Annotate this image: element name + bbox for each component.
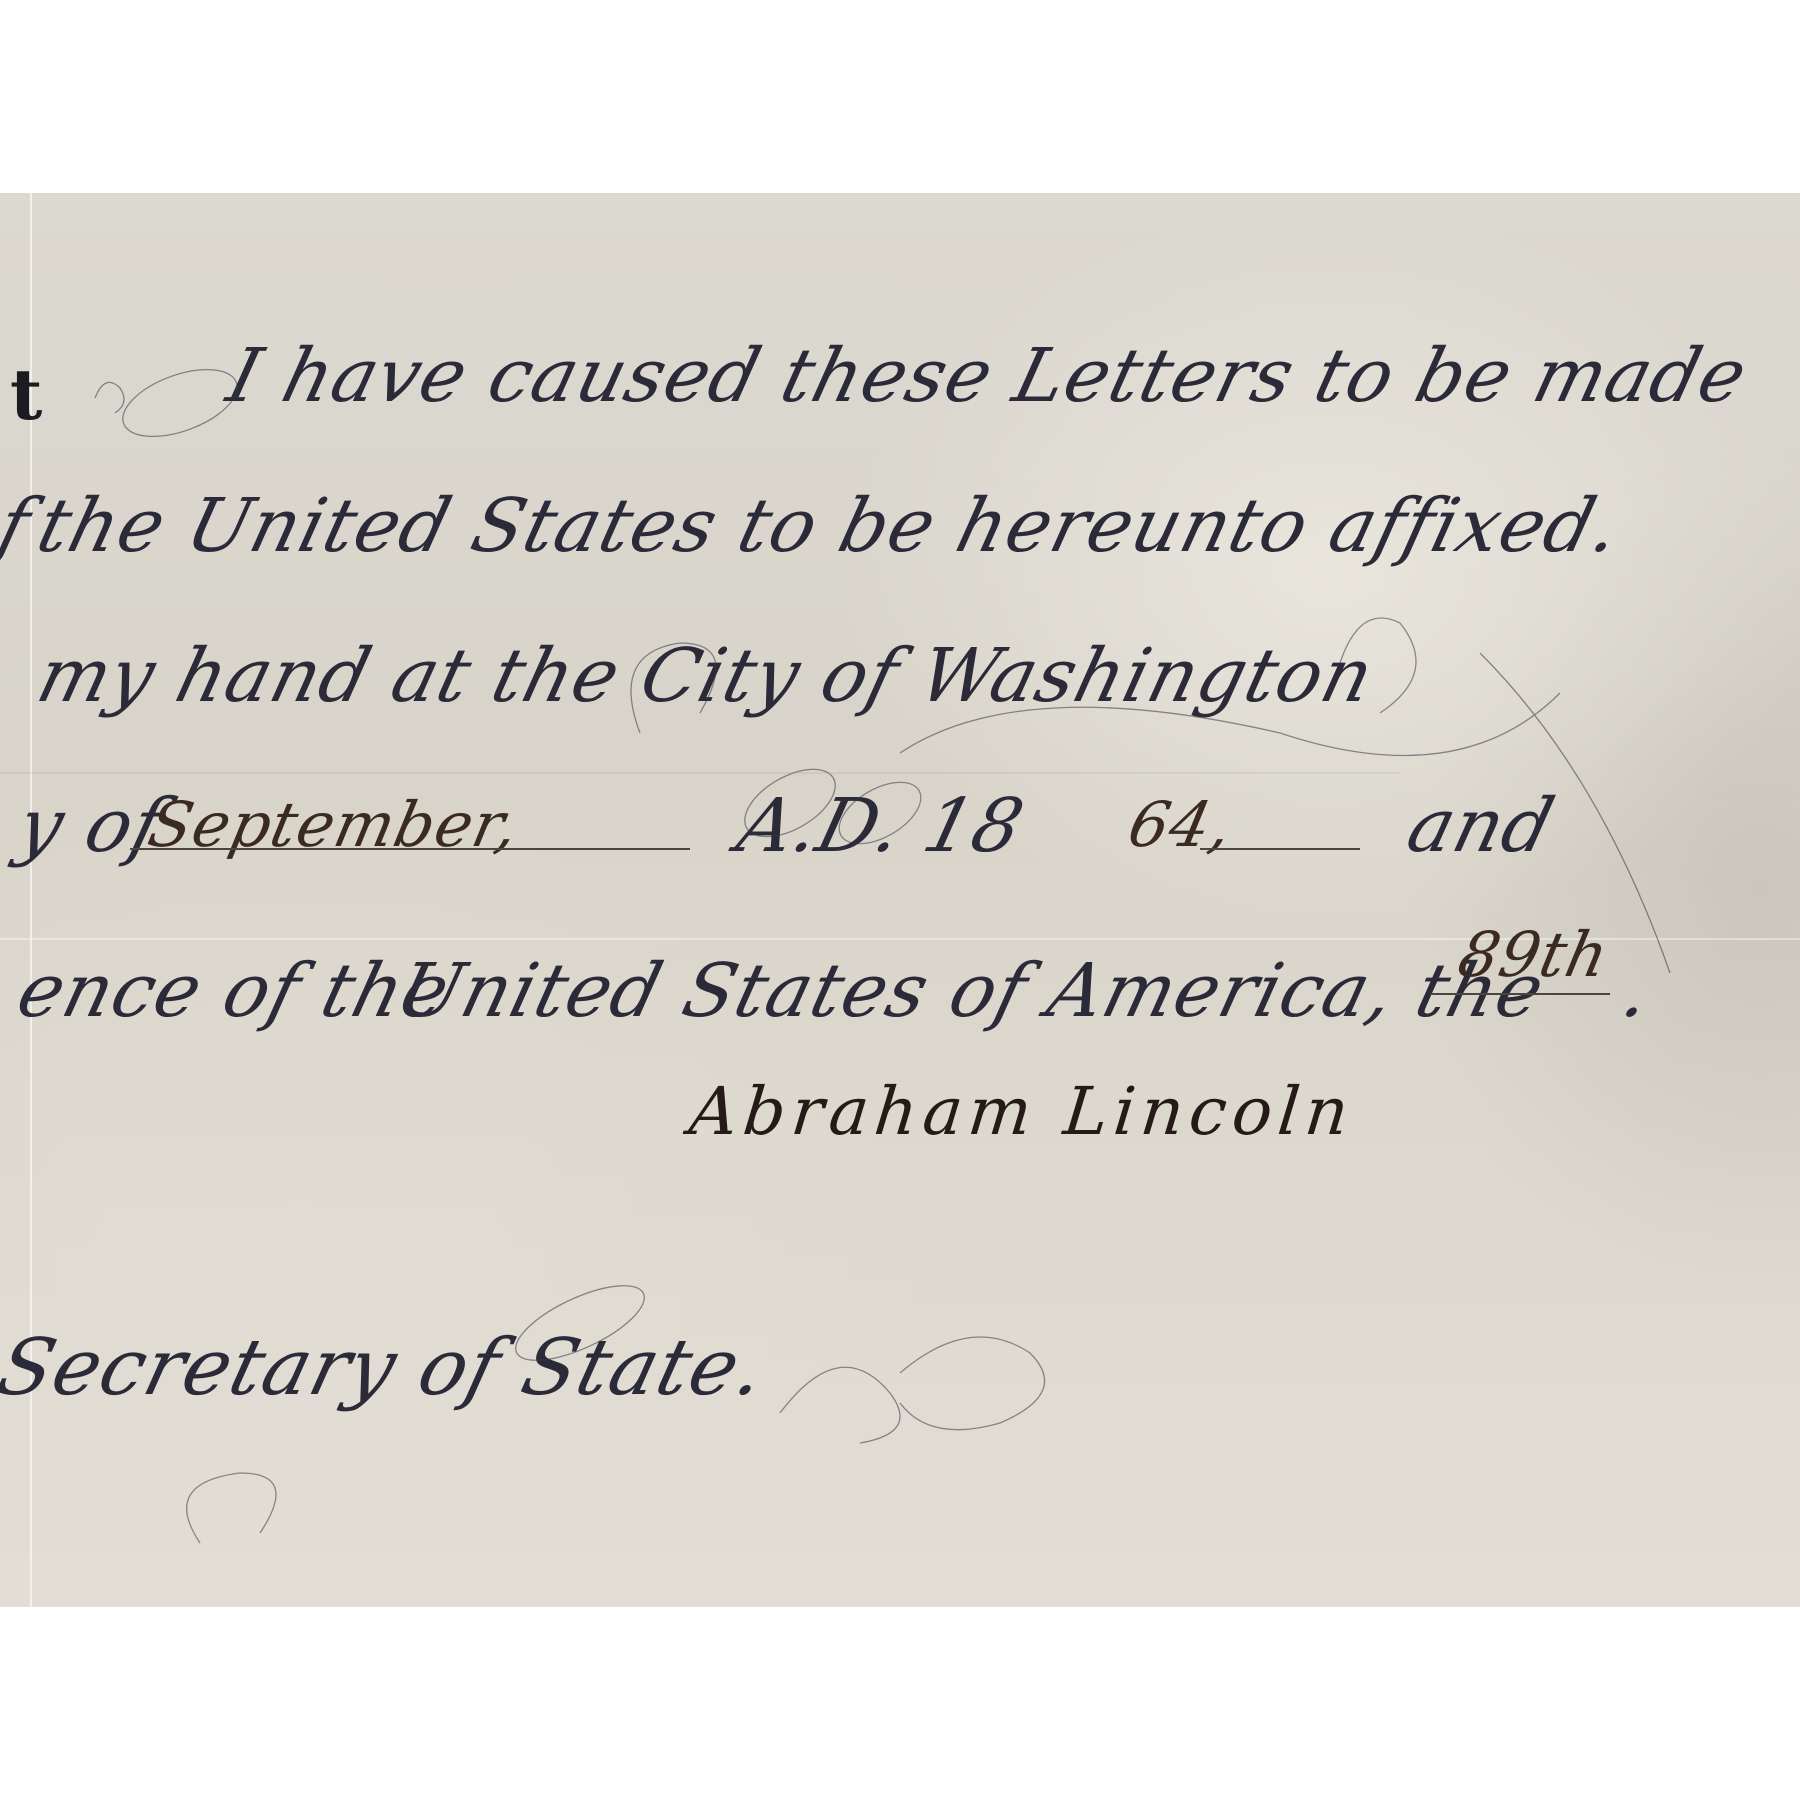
- engraved-line-5: United States of America, the: [389, 948, 1553, 1034]
- year-fill-line: [1200, 848, 1360, 850]
- document-photo: t I have caused these Letters to be made…: [0, 193, 1800, 1607]
- engraved-line-3: my hand at the City of Washington: [29, 633, 1382, 719]
- signature-abraham-lincoln: Abraham Lincoln: [686, 1073, 1358, 1150]
- engraved-secretary-of-state: Secretary of State.: [0, 1323, 775, 1413]
- ordinal-fill-line: [1430, 993, 1610, 995]
- handwritten-year: 64,: [1122, 788, 1239, 861]
- engraved-ad-year: A.D. 18: [729, 783, 1032, 869]
- engraved-line-2: the United States to be hereunto affixed…: [29, 483, 1629, 569]
- engraved-period: .: [1614, 948, 1660, 1034]
- engraved-line-1: I have caused these Letters to be made: [219, 333, 1755, 419]
- engraved-line-5-prefix: ence of the: [9, 948, 458, 1034]
- blackletter-fragment: t: [10, 353, 43, 436]
- engraved-and: and: [1399, 783, 1563, 869]
- handwritten-ordinal: 89th: [1452, 918, 1615, 991]
- month-fill-line: [130, 848, 690, 850]
- handwritten-month: September,: [142, 788, 526, 861]
